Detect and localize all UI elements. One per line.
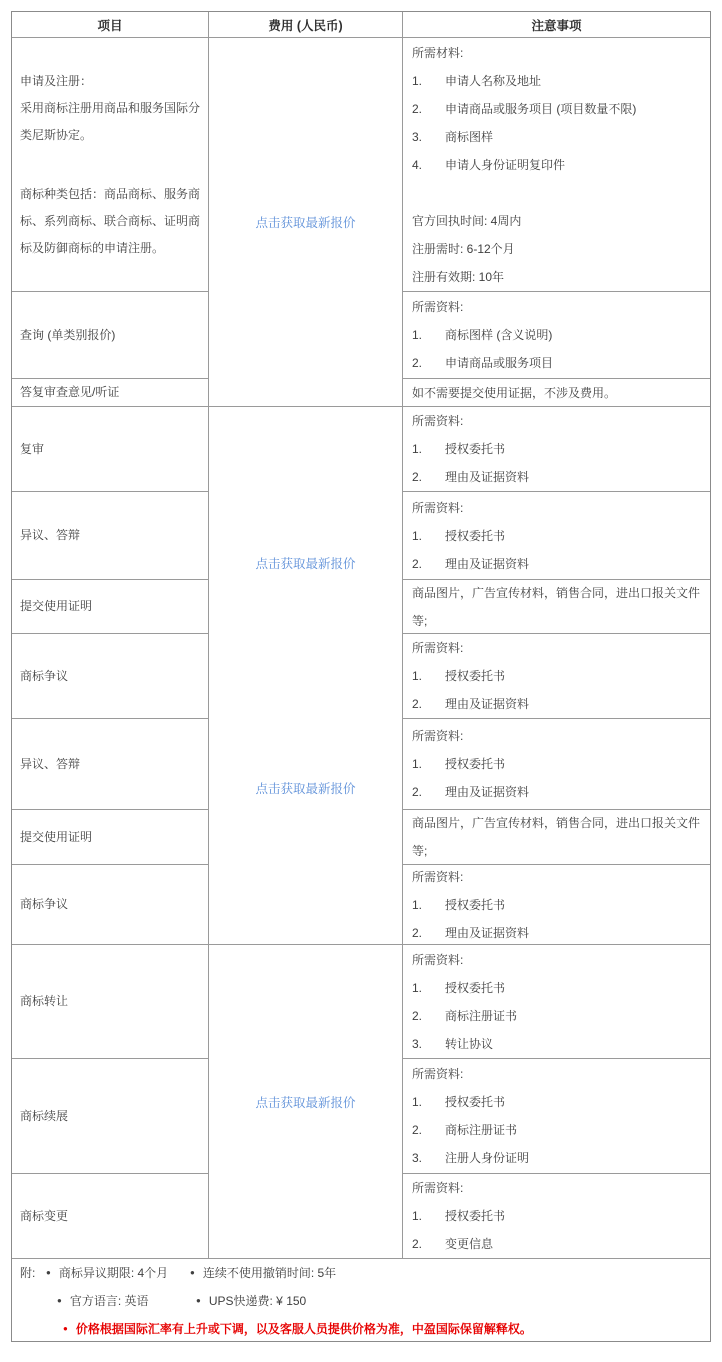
item-label: 查询 (单类别报价) (20, 322, 115, 349)
note-list-item: 3.注册人身份证明 (412, 1144, 701, 1172)
item-label: 商标变更 (20, 1203, 68, 1230)
item-label: 答复审查意见/听证 (20, 379, 119, 406)
note-list-item: 1.授权委托书 (412, 1088, 701, 1116)
note-search: 所需资料: 1.商标图样 (含义说明) 2.申请商品或服务项目 (403, 292, 710, 378)
note-list-item: 2.申请商品或服务项目 (412, 349, 701, 377)
note-heading: 所需资料: (412, 293, 701, 321)
note-review: 所需资料: 1.授权委托书 2.理由及证据资料 (403, 407, 710, 491)
fee-cell-group-3: 点击获取最新报价 (209, 945, 402, 1258)
note-heading: 所需材料: (412, 39, 701, 67)
note-list-item: 1.授权委托书 (412, 750, 701, 778)
note-heading: 所需资料: (412, 634, 701, 662)
table-footnote: 附: ●商标异议期限: 4个月 ●连续不使用撤销时间: 5年 ●官方语言: 英语… (12, 1259, 710, 1341)
footnote-warning-text: 价格根据国际汇率有上升或下调，以及客服人员提供价格为准，中盈国际保留解释权。 (76, 1316, 532, 1341)
column-header-fee: 费用 (人民币) (209, 12, 402, 37)
note-info-line: 官方回执时间: 4周内 (412, 207, 701, 235)
column-header-fee-label: 费用 (人民币) (268, 16, 342, 34)
footnote-entry-text: 连续不使用撤销时间: 5年 (203, 1260, 336, 1287)
note-heading: 所需资料: (412, 865, 701, 891)
footnote-line-1: 附: ●商标异议期限: 4个月 ●连续不使用撤销时间: 5年 (20, 1260, 702, 1288)
note-list-item: 3.转让协议 (412, 1030, 701, 1058)
footnote-warning-line: ● 价格根据国际汇率有上升或下调，以及客服人员提供价格为准，中盈国际保留解释权。 (63, 1316, 702, 1341)
item-label: 提交使用证明 (20, 824, 92, 851)
get-quote-link[interactable]: 点击获取最新报价 (255, 213, 355, 231)
get-quote-link[interactable]: 点击获取最新报价 (209, 554, 402, 572)
item-opposition-defense-2: 异议、答辩 (12, 719, 208, 809)
note-list-item: 2.理由及证据资料 (412, 690, 701, 718)
item-label: 复审 (20, 436, 44, 463)
item-trademark-renewal: 商标续展 (12, 1059, 208, 1173)
item-label: 商标转让 (20, 988, 68, 1015)
note-text: 如不需要提交使用证据，不涉及费用。 (412, 379, 701, 406)
item-trademark-dispute-2: 商标争议 (12, 865, 208, 944)
note-use-evidence-2: 商品图片，广告宣传材料，销售合同，进出口报关文件等; (403, 810, 710, 864)
spacer (412, 179, 701, 207)
note-list-item: 1.授权委托书 (412, 522, 701, 550)
note-heading: 所需资料: (412, 722, 701, 750)
footnote-entry: ●商标异议期限: 4个月 (46, 1260, 190, 1288)
note-trademark-change: 所需资料: 1.授权委托书 2.变更信息 (403, 1174, 710, 1258)
note-heading: 所需资料: (412, 407, 701, 435)
note-list-item: 1.授权委托书 (412, 891, 701, 919)
note-info-line: 注册有效期: 10年 (412, 263, 701, 291)
item-trademark-assignment: 商标转让 (12, 945, 208, 1058)
pricing-table: 项目 费用 (人民币) 注意事项 申请及注册： 采用商标注册用商品和服务国际分类… (11, 11, 711, 1342)
note-list-item: 4.申请人身份证明复印件 (412, 151, 701, 179)
note-list-item: 1.商标图样 (含义说明) (412, 321, 701, 349)
note-list-item: 1.授权委托书 (412, 662, 701, 690)
item-review: 复审 (12, 407, 208, 491)
bullet-icon: ● (190, 1259, 195, 1286)
footnote-prefix: 附: (20, 1260, 46, 1287)
note-application-registration: 所需材料: 1.申请人名称及地址 2.申请商品或服务项目 (项目数量不限) 3.… (403, 38, 710, 291)
note-heading: 所需资料: (412, 946, 701, 974)
footnote-entry-text: 官方语言: 英语 (70, 1288, 149, 1315)
note-info-line: 注册需时: 6-12个月 (412, 235, 701, 263)
note-trademark-renewal: 所需资料: 1.授权委托书 2.商标注册证书 3.注册人身份证明 (403, 1059, 710, 1173)
note-list-item: 1.授权委托书 (412, 974, 701, 1002)
item-opposition-defense-1: 异议、答辩 (12, 492, 208, 579)
note-text: 商品图片，广告宣传材料，销售合同，进出口报关文件等; (412, 810, 701, 864)
get-quote-link[interactable]: 点击获取最新报价 (255, 1093, 355, 1111)
item-label: 异议、答辩 (20, 522, 80, 549)
note-list-item: 3.商标图样 (412, 123, 701, 151)
note-text: 商品图片，广告宣传材料，销售合同，进出口报关文件等; (412, 580, 701, 633)
note-opposition-defense-1: 所需资料: 1.授权委托书 2.理由及证据资料 (403, 492, 710, 579)
note-heading: 所需资料: (412, 1060, 701, 1088)
footnote-entry: ●官方语言: 英语 (57, 1288, 196, 1316)
item-paragraph: 申请及注册： (20, 68, 92, 95)
item-paragraph: 采用商标注册用商品和服务国际分类尼斯协定。 (20, 95, 200, 149)
item-trademark-dispute-1: 商标争议 (12, 634, 208, 718)
note-opposition-defense-2: 所需资料: 1.授权委托书 2.理由及证据资料 (403, 719, 710, 809)
footnote-line-2: ●官方语言: 英语 ●UPS快递费: ¥ 150 (57, 1288, 702, 1316)
column-header-notes-label: 注意事项 (531, 16, 581, 34)
note-heading: 所需资料: (412, 494, 701, 522)
note-office-action-reply: 如不需要提交使用证据，不涉及费用。 (403, 379, 710, 406)
footnote-entry-text: UPS快递费: ¥ 150 (209, 1288, 306, 1315)
column-header-notes: 注意事项 (403, 12, 710, 37)
note-heading: 所需资料: (412, 1174, 701, 1202)
item-paragraph: 商标种类包括：商品商标、服务商标、系列商标、联合商标、证明商标及防御商标的申请注… (20, 181, 200, 262)
item-label: 异议、答辩 (20, 751, 80, 778)
page: 项目 费用 (人民币) 注意事项 申请及注册： 采用商标注册用商品和服务国际分类… (0, 0, 722, 1362)
bullet-icon: ● (57, 1287, 62, 1314)
note-list-item: 2.商标注册证书 (412, 1116, 701, 1144)
column-header-item: 项目 (12, 12, 208, 37)
note-use-evidence-1: 商品图片，广告宣传材料，销售合同，进出口报关文件等; (403, 580, 710, 633)
note-list-item: 2.理由及证据资料 (412, 463, 701, 491)
note-list-item: 1.授权委托书 (412, 1202, 701, 1230)
item-trademark-change: 商标变更 (12, 1174, 208, 1258)
get-quote-link[interactable]: 点击获取最新报价 (209, 779, 402, 797)
note-trademark-assignment: 所需资料: 1.授权委托书 2.商标注册证书 3.转让协议 (403, 945, 710, 1058)
note-list-item: 2.理由及证据资料 (412, 919, 701, 945)
note-list-item: 2.理由及证据资料 (412, 778, 701, 806)
fee-cell-group-1: 点击获取最新报价 (209, 38, 402, 406)
bullet-icon: ● (63, 1315, 68, 1341)
note-list-item: 1.授权委托书 (412, 435, 701, 463)
item-label: 商标续展 (20, 1103, 68, 1130)
note-list-item: 2.商标注册证书 (412, 1002, 701, 1030)
note-trademark-dispute-2: 所需资料: 1.授权委托书 2.理由及证据资料 (403, 865, 710, 944)
note-list-item: 2.理由及证据资料 (412, 550, 701, 578)
note-list-item: 2.申请商品或服务项目 (项目数量不限) (412, 95, 701, 123)
column-header-item-label: 项目 (97, 16, 122, 34)
item-label: 商标争议 (20, 891, 68, 918)
bullet-icon: ● (46, 1259, 51, 1286)
note-list-item: 2.变更信息 (412, 1230, 701, 1258)
item-label: 商标争议 (20, 663, 68, 690)
fee-cell-group-2: 点击获取最新报价 点击获取最新报价 (209, 407, 402, 944)
item-label: 提交使用证明 (20, 593, 92, 620)
bullet-icon: ● (196, 1287, 201, 1314)
item-use-evidence-1: 提交使用证明 (12, 580, 208, 633)
item-use-evidence-2: 提交使用证明 (12, 810, 208, 864)
item-search: 查询 (单类别报价) (12, 292, 208, 378)
footnote-entry: ●UPS快递费: ¥ 150 (196, 1288, 306, 1316)
item-application-registration: 申请及注册： 采用商标注册用商品和服务国际分类尼斯协定。 商标种类包括：商品商标… (12, 38, 208, 291)
footnote-entry-text: 商标异议期限: 4个月 (59, 1260, 168, 1287)
footnote-entry: ●连续不使用撤销时间: 5年 (190, 1260, 336, 1288)
note-list-item: 1.申请人名称及地址 (412, 67, 701, 95)
item-office-action-reply: 答复审查意见/听证 (12, 379, 208, 406)
note-trademark-dispute-1: 所需资料: 1.授权委托书 2.理由及证据资料 (403, 634, 710, 718)
